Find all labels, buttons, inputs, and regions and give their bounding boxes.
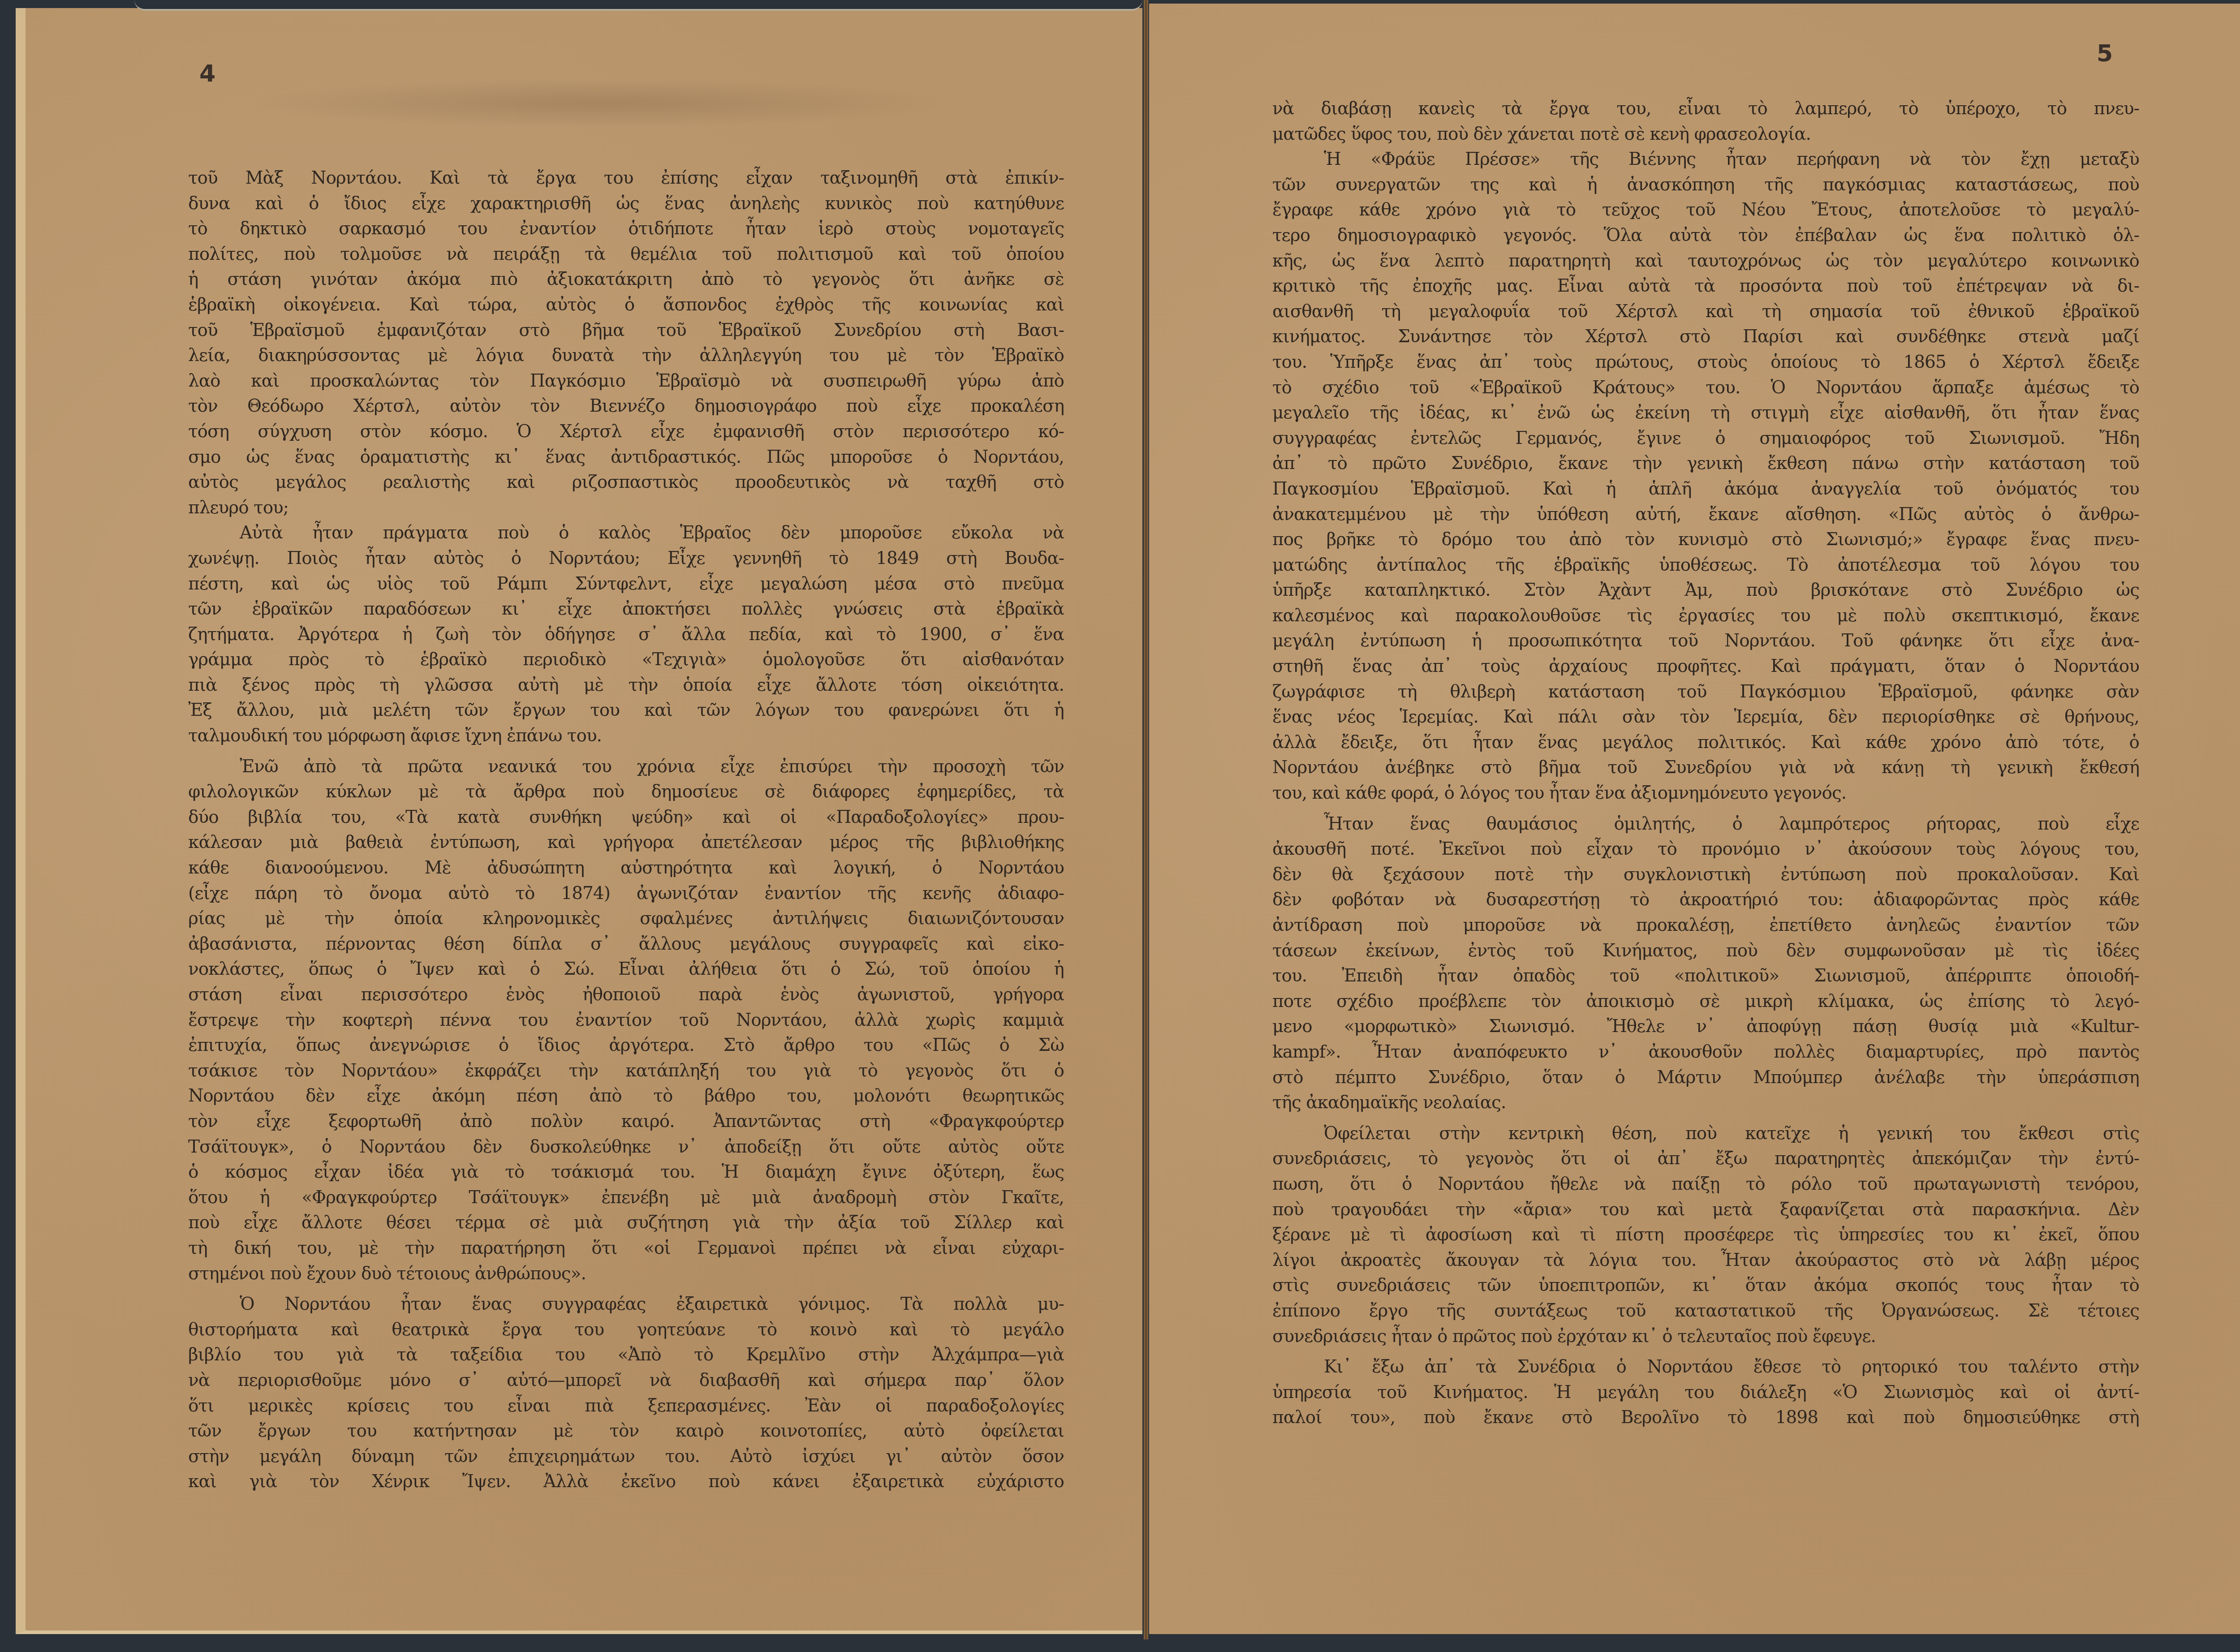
text-line: κάλεσαν μιὰ βαθειὰ ἐντύπωση, καὶ γρήγορα… [188, 830, 1064, 856]
text-line: Ἐνῶ ἀπὸ τὰ πρῶτα νεανικά του χρόνια εἶχε… [188, 754, 1064, 780]
text-line: μεγάλη ἐντύπωση ἡ προσωπικότητα τοῦ Νορν… [1272, 628, 2139, 654]
text-line: δυνα καὶ ὁ ἴδιος εἶχε χαρακτηρισθῆ ὡς ἕν… [188, 191, 1064, 217]
page-stain [242, 78, 959, 128]
text-line: Αὐτὰ ἦταν πράγματα ποὺ ὁ καλὸς Ἑβραῖος δ… [188, 521, 1064, 546]
text-line: ἡ στάση γινόταν ἀκόμα πιὸ ἀξιοκατάκριτη … [188, 267, 1064, 293]
text-line: νὰ περιορισθοῦμε μόνο σ᾽ αὐτό—μπορεῖ νὰ … [188, 1368, 1064, 1394]
text-line: τῆς ἀκαδημαϊκῆς νεολαίας. [1272, 1090, 2139, 1116]
text-line: ἐπίπονο ἔργο τῆς συντάξεως τοῦ καταστατι… [1272, 1299, 2139, 1324]
text-line: Ὀφείλεται στὴν κεντρικὴ θέση, ποὺ κατεῖχ… [1272, 1121, 2139, 1147]
text-line: θιστορήματα καὶ θεατρικὰ ἔργα του γοητεύ… [188, 1317, 1064, 1343]
text-line: ρίας μὲ τὴν ὁποία κληρονομικὲς σφαλμένες… [188, 906, 1064, 932]
text-line: τσάκισε τὸν Νορντάου» ἐκφράζει τὴν κατάπ… [188, 1058, 1064, 1084]
text-line: στάση εἶναι περισσότερο ἑνὸς ἠθοποιοῦ πα… [188, 982, 1064, 1008]
text-line: τὸν Θεόδωρο Χέρτσλ, αὐτὸν τὸν Βιεννέζο δ… [188, 394, 1064, 419]
text-line: ὁ κόσμος εἶχαν ἰδέα γιὰ τὸ τσάκισμά του.… [188, 1160, 1064, 1185]
text-line: Παγκοσμίου Ἑβραϊσμοῦ. Καὶ ἡ ἁπλῆ ἀκόμα ἀ… [1272, 477, 2139, 502]
text-line: ὑπῆρξε καταπληκτικό. Στὸν Ἀχὰντ Ἀμ, ποὺ … [1272, 578, 2139, 603]
text-line: τόση σύγχυση στὸν κόσμο. Ὁ Χέρτσλ εἶχε ἐ… [188, 419, 1064, 445]
text-line: Κι᾽ ἔξω ἀπ᾽ τὰ Συνέδρια ὁ Νορντάου ἔθεσε… [1272, 1355, 2139, 1380]
text-line: χωνέψῃ. Ποιὸς ἦταν αὐτὸς ὁ Νορντάου; Εἶχ… [188, 546, 1064, 572]
text-line: (εἶχε πάρη τὸ ὄνομα αὐτὸ τὸ 1874) ἀγωνιζ… [188, 881, 1064, 907]
text-line: μεγαλεῖο τῆς ἰδέας, κι᾽ ἐνῶ ὡς ἐκείνη τὴ… [1272, 400, 2139, 426]
text-line: λαὸ καὶ προσκαλώντας τὸν Παγκόσμιο Ἑβραϊ… [188, 369, 1064, 394]
text-line: ποὺ εἶχε ἄλλοτε θέσει τέρμα σὲ μιὰ συζήτ… [188, 1210, 1064, 1236]
text-line: ἔστρεψε τὴν κοφτερὴ πέννα του ἐναντίον τ… [188, 1008, 1064, 1033]
text-line: ματώδης ἀντίπαλος τῆς ἑβραϊκῆς ὑποθέσεως… [1272, 553, 2139, 578]
text-line: φιλολογικῶν κύκλων μὲ τὰ ἄρθρα ποὺ δημοσ… [188, 779, 1064, 805]
text-line: Νορντάου δὲν εἶχε ἀκόμη πέση ἀπὸ τὸ βάθρ… [188, 1084, 1064, 1109]
text-line: τὸ δηκτικὸ σαρκασμό του ἐναντίον ὁτιδήπο… [188, 216, 1064, 242]
text-line: ματῶδες ὕφος του, ποὺ δὲν χάνεται ποτὲ σ… [1272, 122, 2139, 147]
text-line: τῶν συνεργατῶν της καὶ ἡ ἀνασκόπηση τῆς … [1272, 172, 2139, 198]
text-line: κινήματος. Συνάντησε τὸν Χέρτσλ στὸ Παρί… [1272, 324, 2139, 350]
text-line: τὴ δική του, μὲ τὴν παρατήρηση ὅτι «οἱ Γ… [188, 1236, 1064, 1261]
text-line: βιβλίο του γιὰ τὰ ταξείδια του «Ἀπὸ τὸ Κ… [188, 1342, 1064, 1368]
text-line: Ὁ Νορντάου ἦταν ἕνας συγγραφέας ἐξαιρετι… [188, 1292, 1064, 1317]
text-line: πέστη, καὶ ὡς υἱὸς τοῦ Ράμπι Σύντφελντ, … [188, 572, 1064, 597]
text-line: ἀντίδραση ποὺ μποροῦσε νὰ προκαλέσῃ, ἐπε… [1272, 913, 2139, 938]
text-line: ὑπηρεσία τοῦ Κινήματος. Ἡ μεγάλη του διά… [1272, 1380, 2139, 1406]
text-line: τὸ σχέδιο τοῦ «Ἑβραϊκοῦ Κράτους» του. Ὁ … [1272, 375, 2139, 401]
book-gutter [1144, 0, 1148, 1639]
text-line: παλοί του», ποὺ ἔκανε στὸ Βερολῖνο τὸ 18… [1272, 1405, 2139, 1431]
text-line: στημένοι ποὺ ἔχουν δυὸ τέτοιους ἀνθρώπου… [188, 1261, 1064, 1287]
text-line: μενο «μορφωτικὸ» Σιωνισμό. Ἤθελε ν᾽ ἀποφ… [1272, 1014, 2139, 1040]
text-line: ἀλλὰ ἔδειξε, ὅτι ἦταν ἕνας μεγάλος πολιτ… [1272, 730, 2139, 756]
text-line: δὲν φοβόταν νὰ δυσαρεστήσῃ τὸ ἀκροατήριό… [1272, 887, 2139, 913]
text-line: ξέρανε μὲ τὶ ἀφοσίωση καὶ τὶ πίστη προσέ… [1272, 1222, 2139, 1248]
text-line: τοῦ Ἑβραϊσμοῦ ἐμφανιζόταν στὸ βῆμα τοῦ Ἑ… [188, 318, 1064, 344]
text-line: καλεσμένος καὶ παρακολουθοῦσε τὶς ἐργασί… [1272, 603, 2139, 629]
text-line: αὐτὸς μεγάλος ρεαλιστὴς καὶ ριζοσπαστικὸ… [188, 470, 1064, 495]
right-text-column: νὰ διαβάσῃ κανεὶς τὰ ἔργα του, εἶναι τὸ … [1272, 96, 2139, 1431]
binding-edge [134, 0, 1142, 11]
text-line: νοκλάστες, ὅπως ὁ Ἴψεν καὶ ὁ Σώ. Εἶναι ἀ… [188, 957, 1064, 982]
text-line: Ἡ «Φράϋε Πρέσσε» τῆς Βιέννης ἦταν περήφα… [1272, 147, 2139, 172]
text-line: ταλμουδική του μόρφωση ἄφισε ἴχνη ἐπάνω … [188, 723, 1064, 749]
text-line: συγγραφέας ἐντελῶς Γερμανός, ἔγινε ὁ σημ… [1272, 426, 2139, 452]
book-spread: 4 5 τοῦ Μὰξ Νορντάου. Καὶ τὰ ἔργα του ἐπ… [0, 0, 2240, 1652]
text-line: ποτε σχέδιο προέβλεπε τὸν ἀποικισμὸ σὲ μ… [1272, 989, 2139, 1015]
text-line: ζωγράφισε τὴ θλιβερὴ κατάσταση τοῦ Παγκό… [1272, 680, 2139, 705]
text-line: τὸν εἶχε ξεφορτωθῆ ἀπὸ πολὺν καιρό. Ἀπαν… [188, 1109, 1064, 1135]
text-line: λίγοι ἀκροατὲς ἄκουγαν τὰ λόγια του. Ἦτα… [1272, 1248, 2139, 1273]
page-number-left: 4 [199, 60, 215, 87]
text-line: δὲν θὰ ξεχάσουν ποτὲ τὴν συγκλονιστικὴ ἐ… [1272, 862, 2139, 888]
text-line: ἀβασάνιστα, πέρνοντας θέση δίπλα σ᾽ ἄλλο… [188, 932, 1064, 957]
text-line: σμο ὡς ἕνας ὁραματιστὴς κι᾽ ἕνας ἀντιδρα… [188, 445, 1064, 470]
text-line: ζητήματα. Ἀργότερα ἡ ζωὴ τὸν ὁδήγησε σ᾽ … [188, 622, 1064, 648]
text-line: ἔγραφε κάθε χρόνο γιὰ τὸ τεῦχος τοῦ Νέου… [1272, 198, 2139, 223]
text-line: ἀκουσθῆ ποτέ. Ἐκεῖνοι ποὺ εἶχαν τὸ προνό… [1272, 837, 2139, 862]
text-line: του. Ὑπῆρξε ἕνας ἀπ᾽ τοὺς πρώτους, στοὺς… [1272, 350, 2139, 375]
text-line: στὸ πέμπτο Συνέδριο, ὅταν ὁ Μάρτιν Μπούμ… [1272, 1065, 2139, 1091]
text-line: Ἐξ ἄλλου, μιὰ μελέτη τῶν ἔργων του καὶ τ… [188, 698, 1064, 723]
text-line: πολίτες, ποὺ τολμοῦσε νὰ πειράξῃ τὰ θεμέ… [188, 242, 1064, 267]
text-line: στὴν μεγάλη δύναμη τῶν ἐπιχειρημάτων του… [188, 1444, 1064, 1470]
text-line: πος βρῆκε τὸ δρόμο του ἀπὸ τὸν κυνισμὸ σ… [1272, 527, 2139, 553]
text-line: ὅτι μερικὲς κρίσεις του εἶναι πιὰ ξεπερα… [188, 1394, 1064, 1419]
text-line: του. Ἐπειδὴ ἦταν ὀπαδὸς τοῦ «πολιτικοῦ» … [1272, 964, 2139, 989]
text-line: ἑβραϊκὴ οἰκογένεια. Καὶ τώρα, αὐτὸς ὁ ἄσ… [188, 293, 1064, 318]
text-line: γράμμα πρὸς τὸ ἑβραϊκὸ περιοδικὸ «Τεχιγι… [188, 647, 1064, 673]
text-line: ἐπιτυχία, ὅπως ἀνεγνώρισε ὁ ἴδιος ἀργότε… [188, 1033, 1064, 1058]
text-line: συνεδριάσεις ἦταν ὁ πρῶτος ποὺ ἐρχόταν κ… [1272, 1324, 2139, 1350]
text-line: ποὺ τραγουδάει τὴν «ἄρια» του καὶ μετὰ ξ… [1272, 1197, 2139, 1223]
text-line: κριτικὸ τῆς ἐποχῆς μας. Εἶναι αὐτὰ τὰ πρ… [1272, 274, 2139, 299]
text-line: του, καὶ κάθε φορά, ὁ λόγος του ἦταν ἕνα… [1272, 781, 2139, 806]
text-line: ὅτου ἡ «Φραγκφούρτερ Τσάϊτουγκ» ἐπενέβη … [188, 1185, 1064, 1211]
text-line: συνεδριάσεις, τὸ γεγονὸς ὅτι οἱ ἀπ᾽ ἔξω … [1272, 1146, 2139, 1172]
text-line: λεία, διακηρύσσοντας μὲ λόγια δυνατὰ τὴν… [188, 343, 1064, 369]
text-line: καὶ γιὰ τὸν Χένρικ Ἴψεν. Ἀλλὰ ἐκεῖνο ποὺ… [188, 1469, 1064, 1495]
left-text-column: τοῦ Μὰξ Νορντάου. Καὶ τὰ ἔργα του ἐπίσης… [188, 166, 1064, 1495]
page-number-right: 5 [2097, 40, 2113, 67]
text-line: νὰ διαβάσῃ κανεὶς τὰ ἔργα του, εἶναι τὸ … [1272, 96, 2139, 122]
text-line: Ἦταν ἕνας θαυμάσιος ὁμιλητής, ὁ λαμπρότε… [1272, 812, 2139, 837]
text-line: τῶν ἑβραϊκῶν παραδόσεων κι᾽ εἶχε ἀποκτήσ… [188, 597, 1064, 622]
text-line: Νορντάου ἀνέβηκε στὸ βῆμα τοῦ Συνεδρίου … [1272, 755, 2139, 781]
text-line: kampf». Ἦταν ἀναπόφευκτο ν᾽ ἀκουσθοῦν πο… [1272, 1040, 2139, 1065]
text-line: ἀνακατεμμένου μὲ τὴν ὑπόθεση αὐτή, ἔκανε… [1272, 502, 2139, 528]
text-line: Τσάϊτουγκ», ὁ Νορντάου δὲν δυσκολεύθηκε … [188, 1135, 1064, 1160]
text-line: πλευρό του; [188, 495, 1064, 521]
text-line: πιὰ ξένος πρὸς τὴ γλῶσσα αὐτὴ μὲ τὴν ὁπο… [188, 673, 1064, 698]
text-line: τάσεων ἐκείνων, ἐντὸς τοῦ Κινήματος, ποὺ… [1272, 938, 2139, 964]
text-line: τῶν ἔργων του κατήντησαν μὲ τὸν καιρὸ κο… [188, 1419, 1064, 1444]
text-line: ἕνας νέος Ἱερεμίας. Καὶ πάλι σὰν τὸν Ἱερ… [1272, 705, 2139, 730]
text-line: τερο δημοσιογραφικὸ γεγονός. Ὅλα αὐτὰ τὸ… [1272, 223, 2139, 249]
text-line: τοῦ Μὰξ Νορντάου. Καὶ τὰ ἔργα του ἐπίσης… [188, 166, 1064, 191]
text-line: αισθανθῆ τὴ μεγαλοφυΐα τοῦ Χέρτσλ καὶ τὴ… [1272, 299, 2139, 325]
text-line: πωση, ὅτι ὁ Νορντάου ἤθελε νὰ παίξῃ τὸ ρ… [1272, 1172, 2139, 1197]
text-line: στηθῆ ἕνας ἀπ᾽ τοὺς ἀρχαίους προφῆτες. Κ… [1272, 654, 2139, 680]
text-line: κῆς, ὡς ἕνα λεπτὸ παρατηρητὴ καὶ ταυτοχρ… [1272, 249, 2139, 274]
text-line: κάθε διανοούμενου. Μὲ ἀδυσώπητη αὐστηρότ… [188, 856, 1064, 881]
text-line: δύο βιβλία του, «Τὰ κατὰ συνθήκη ψεύδη» … [188, 805, 1064, 830]
text-line: ἀπ᾽ τὸ πρῶτο Συνέδριο, ἔκανε τὴν γενικὴ … [1272, 451, 2139, 477]
text-line: στὶς συνεδριάσεις τῶν ὑποεπιτροπῶν, κι᾽ … [1272, 1273, 2139, 1299]
